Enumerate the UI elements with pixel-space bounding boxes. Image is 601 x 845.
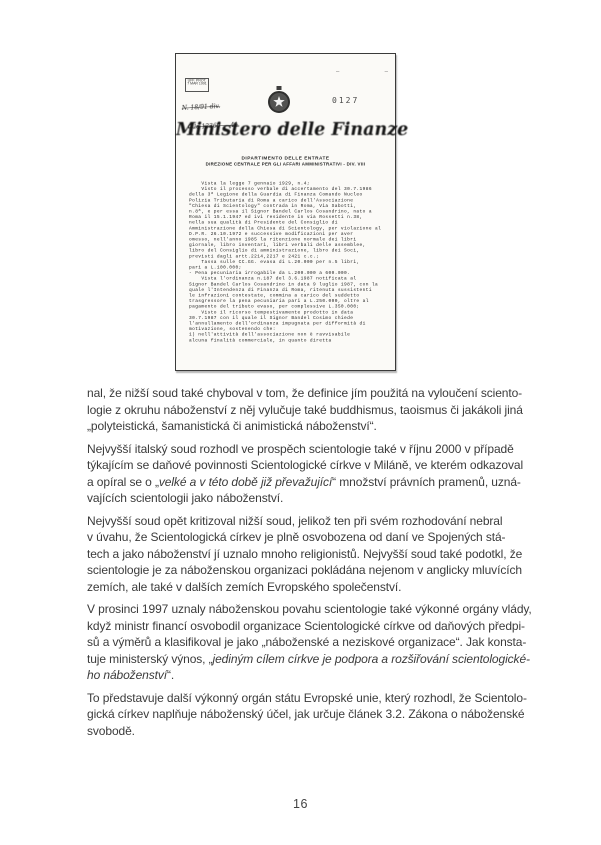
body-text-segment: V prosinci 1997 uznaly náboženskou povah… [87, 602, 532, 616]
text-line: vajících scientologii jako náboženství. [87, 490, 527, 507]
body-text-segment: “. [167, 668, 174, 682]
text-line: tech a jako náboženství jí uznalo mnoho … [87, 546, 527, 563]
ministry-title: Ministero delle Finanze [176, 120, 395, 140]
body-text-segment: sů a výměrů a klasifikoval je jako „nábo… [87, 635, 526, 649]
body-text-segment: logie z okruhu náboženství z něj vylučuj… [87, 403, 523, 417]
body-text-segment: “ množství právních pramenů, uzná- [332, 475, 521, 489]
body-text-segment: tuje ministerský výnos, „ [87, 652, 213, 666]
scan-corner-marks: – – [336, 69, 402, 75]
text-line: a opíral se o „velké a v této době již p… [87, 474, 527, 491]
paragraph: Nejvyšší soud opět kritizoval nižší soud… [87, 513, 527, 596]
body-text-segment: „polyteistická, šamanistická či animisti… [87, 419, 377, 433]
letter-body-line: Vista l'ordinanza n.187 del 3.6.1987 not… [189, 276, 381, 282]
handwritten-line: N. 18/91 div. [182, 91, 445, 111]
body-text-segment: Nejvyšší italský soud rozhodl ve prospěc… [87, 442, 514, 456]
text-line: scientologie je za náboženskou organizac… [87, 562, 527, 579]
letter-subheader: DIPARTIMENTO DELLE ENTRATE DIREZIONE CEN… [176, 155, 395, 167]
quoted-italic-text: ho náboženství [87, 668, 167, 682]
letter-body-line: della 3ª Legione della Guardia di Finanz… [189, 192, 381, 198]
body-text-segment: vajících scientologii jako náboženství. [87, 491, 283, 505]
page-number: 16 [0, 797, 601, 811]
body-text-segment: nal, že nižší soud také chyboval v tom, … [87, 386, 522, 400]
paragraph: nal, že nižší soud také chyboval v tom, … [87, 385, 527, 435]
text-line: v úvahu, že Scientologická církev je pln… [87, 529, 527, 546]
text-line: V prosinci 1997 uznaly náboženskou povah… [87, 601, 527, 618]
paragraph: Nejvyšší italský soud rozhodl ve prospěc… [87, 441, 527, 507]
text-line: sů a výměrů a klasifikoval je jako „nábo… [87, 634, 527, 651]
body-text-segment: gická církev naplňuje náboženský účel, j… [87, 707, 525, 721]
text-line: To představuje další výkonný orgán státu… [87, 690, 527, 707]
paragraph: To představuje další výkonný orgán státu… [87, 690, 527, 740]
text-line: Nejvyšší italský soud rozhodl ve prospěc… [87, 441, 527, 458]
text-line: tuje ministerský výnos, „jediným cílem c… [87, 651, 527, 668]
body-text-segment: v úvahu, že Scientologická církev je pln… [87, 530, 505, 544]
scanned-letter: UFF. PROT. 7 MAR 1991 N. 18/91 div. C.le… [175, 53, 396, 371]
body-text-segment: svobodě. [87, 724, 135, 738]
text-line: ho náboženství“. [87, 667, 527, 684]
text-line: logie z okruhu náboženství z něj vylučuj… [87, 402, 527, 419]
body-text-segment: a opíral se o „ [87, 475, 159, 489]
body-text-segment: tech a jako náboženství jí uznalo mnoho … [87, 547, 522, 561]
quoted-italic-text: velké a v této době již převažující [159, 475, 332, 489]
text-line: gická církev naplňuje náboženský účel, j… [87, 706, 527, 723]
body-text-segment: týkajícím se daňové povinnosti Scientolo… [87, 458, 523, 472]
letter-body-line: libro del Consiglio di amministrazione, … [189, 248, 381, 254]
page-container: UFF. PROT. 7 MAR 1991 N. 18/91 div. C.le… [0, 0, 601, 845]
text-line: nal, že nižší soud také chyboval v tom, … [87, 385, 527, 402]
text-line: když ministr financí osvobodil organizac… [87, 618, 527, 635]
body-text-segment: když ministr financí osvobodil organizac… [87, 619, 525, 633]
state-emblem-icon [266, 85, 292, 115]
text-line: Nejvyšší soud opět kritizoval nižší soud… [87, 513, 527, 530]
body-text-segment: zemích, ale také v dalších zemích Evrops… [87, 580, 401, 594]
body-text-segment: To představuje další výkonný orgán státu… [87, 691, 527, 705]
letter-body-line: alcuna finalità commerciale, in quanto d… [189, 338, 381, 344]
letter-body-line: pagamento del tributo evaso, per comples… [189, 304, 381, 310]
text-line: „polyteistická, šamanistická či animisti… [87, 418, 527, 435]
text-line: svobodě. [87, 723, 527, 740]
registry-stamp-text: UFF. PROT. 7 MAR 1991 [186, 79, 208, 85]
protocol-number: 0127 [332, 96, 359, 105]
division-line: DIREZIONE CENTRALE PER GLI AFFARI AMMINI… [176, 161, 395, 167]
text-line: týkajícím se daňové povinnosti Scientolo… [87, 457, 527, 474]
text-line: zemích, ale také v dalších zemích Evrops… [87, 579, 527, 596]
registry-stamp-line: 7 MAR 1991 [187, 82, 206, 86]
main-text: nal, že nižší soud také chyboval v tom, … [87, 385, 527, 745]
paragraph: V prosinci 1997 uznaly náboženskou povah… [87, 601, 527, 684]
quoted-italic-text: jediným cílem církve je podpora a rozšiř… [213, 652, 530, 666]
body-text-segment: Nejvyšší soud opět kritizoval nižší soud… [87, 514, 502, 528]
letter-body: Vista la legge 7 gennaio 1929, n.4; Vist… [189, 181, 381, 343]
body-text-segment: scientologie je za náboženskou organizac… [87, 563, 522, 577]
